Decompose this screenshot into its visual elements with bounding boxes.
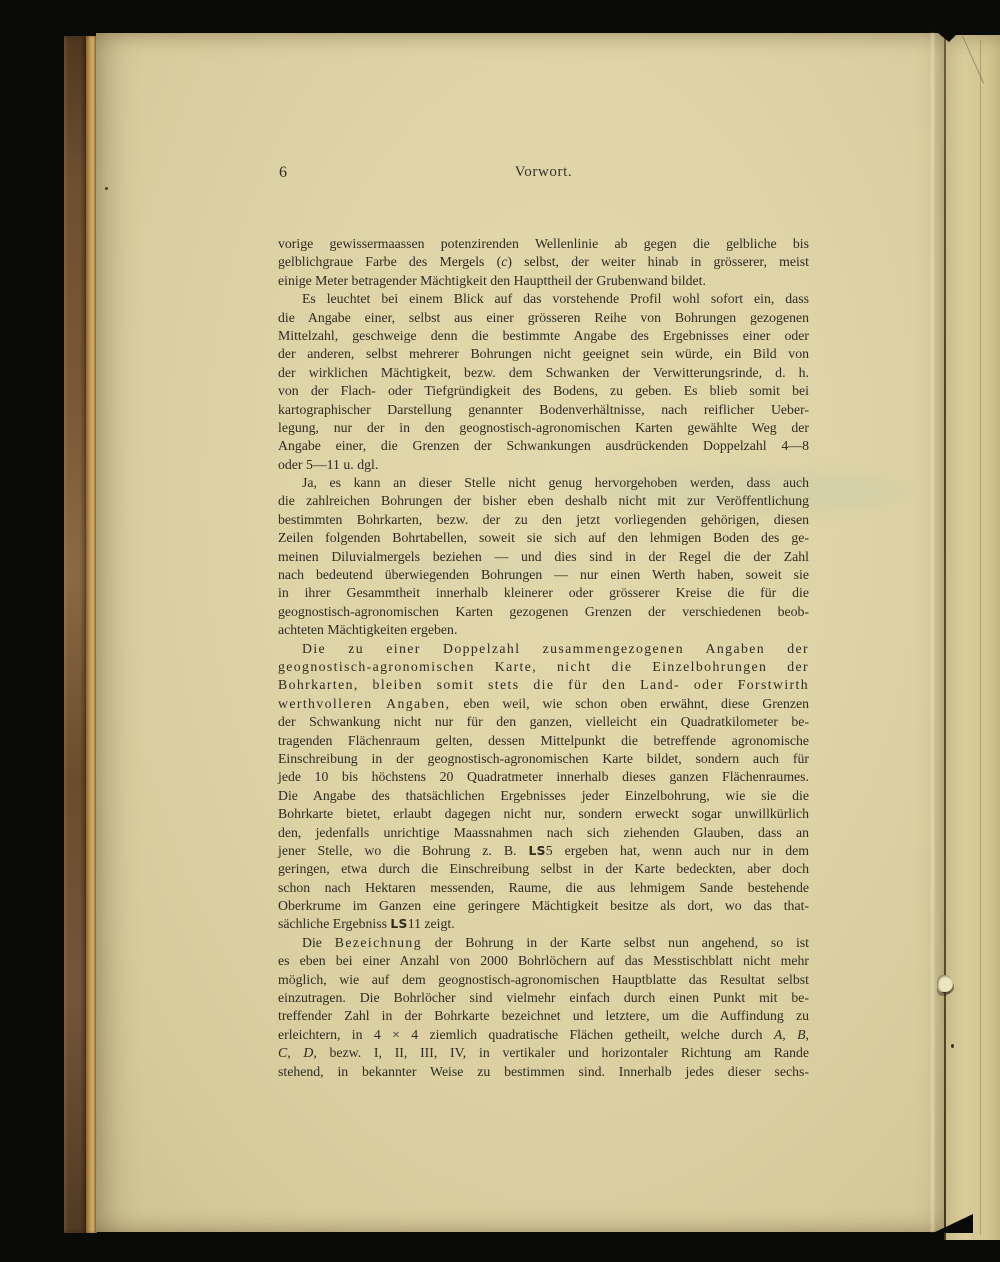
text-line: stehend, in bekannter Weise zu bestimmen… xyxy=(278,1063,809,1081)
text-line: geognostisch-agronomischen Karte, nicht … xyxy=(278,658,809,676)
running-header-title: Vorwort. xyxy=(278,164,809,181)
text-segment: nach bedeutend überwiegenden Bohrungen —… xyxy=(278,567,809,582)
text-line: sächliche Ergebniss LS11 zeigt. xyxy=(278,915,809,933)
text-line: werthvolleren Angaben, eben weil, wie sc… xyxy=(278,695,809,713)
text-segment: , xyxy=(806,1027,809,1042)
text-segment: tragenden Flächenraum gelten, dessen Mit… xyxy=(278,733,809,748)
text-line: es eben bei einer Anzahl von 2000 Bohrlö… xyxy=(278,952,809,970)
text-line: geognostisch-agronomischen Karten gezoge… xyxy=(278,603,809,621)
text-segment: geognostisch-agronomischen Karten gezoge… xyxy=(278,604,809,619)
text-line: legung, nur der in den geognostisch-agro… xyxy=(278,419,809,437)
text-segment: treffender Zahl in der Bohrkarte bezeich… xyxy=(278,1008,809,1023)
text-line: der Schwankung nicht nur für den ganzen,… xyxy=(278,713,809,731)
text-line: tragenden Flächenraum gelten, dessen Mit… xyxy=(278,732,809,750)
next-page-edge xyxy=(946,35,1000,1240)
text-segment: gelblichgraue Farbe des Mergels ( xyxy=(278,254,501,269)
page-edge-line xyxy=(944,33,946,1240)
text-line: Zeilen folgenden Bohrtabellen, soweit si… xyxy=(278,529,809,547)
text-line: Ja, es kann an dieser Stelle nicht genug… xyxy=(278,474,809,492)
text-segment: Bohrkarte bietet, erlaubt dagegen nicht … xyxy=(278,806,809,821)
text-segment: Die Angabe des thatsächlichen Ergebnisse… xyxy=(278,788,809,803)
text-segment: legung, nur der in den geognostisch-agro… xyxy=(278,420,809,435)
text-segment: Einschreibung in der geognostisch-agrono… xyxy=(278,751,809,766)
text-segment: einige Meter betragender Mächtigkeit den… xyxy=(278,273,706,288)
text-line: Die Bezeichnung der Bohrung in der Karte… xyxy=(278,934,809,952)
text-segment: bestimmten Bohrkarten, bezw. der zu den … xyxy=(278,512,809,527)
text-line: Die Angabe des thatsächlichen Ergebnisse… xyxy=(278,787,809,805)
text-segment: Ja, es kann an dieser Stelle nicht genug… xyxy=(302,475,809,490)
text-line: kartographischer Darstellung genannter B… xyxy=(278,401,809,419)
text-line: die zahlreichen Bohrungen der bisher ebe… xyxy=(278,492,809,510)
text-line: einige Meter betragender Mächtigkeit den… xyxy=(278,272,809,290)
text-line: der anderen, selbst mehrerer Bohrungen n… xyxy=(278,345,809,363)
text-segment: von der Flach- oder Tiefgründigkeit des … xyxy=(278,383,809,398)
text-segment: jede 10 bis höchstens 20 Quadratmeter in… xyxy=(278,769,809,784)
edge-bottom-slope xyxy=(946,1240,1000,1250)
paper-speck xyxy=(105,187,108,190)
text-segment: Mittelzahl, geschweige denn die bestimmt… xyxy=(278,328,809,343)
text-segment: eben weil, wie schon oben erwähnt, diese… xyxy=(450,696,809,711)
paper-speck xyxy=(951,1044,954,1048)
text-line: vorige gewissermaassen potenzirenden Wel… xyxy=(278,235,809,253)
text-line: erleichtern, in 4 × 4 ziemlich quadratis… xyxy=(278,1026,809,1044)
text-segment: Angabe einer, die Grenzen der Schwankung… xyxy=(278,438,809,453)
text-segment: jener Stelle, wo die Bohrung z. B. xyxy=(278,843,528,858)
text-line: meinen Diluvialmergels beziehen — und di… xyxy=(278,548,809,566)
text-line: Die zu einer Doppelzahl zusammengezogene… xyxy=(278,640,809,658)
text-line: die Angabe einer, selbst aus einer gröss… xyxy=(278,309,809,327)
text-line: geringen, etwa durch die Einschreibung s… xyxy=(278,860,809,878)
text-segment: LS xyxy=(390,917,407,931)
text-segment: der anderen, selbst mehrerer Bohrungen n… xyxy=(278,346,809,361)
book-spine-leather xyxy=(64,36,87,1233)
text-segment: , xyxy=(782,1027,797,1042)
text-segment: möglich, wie auf dem geognostisch-agrono… xyxy=(278,972,809,987)
text-line: Es leuchtet bei einem Blick auf das vors… xyxy=(278,290,809,308)
text-segment: in ihrer Gesammtheit innerhalb kleinerer… xyxy=(278,585,809,600)
text-line: in ihrer Gesammtheit innerhalb kleinerer… xyxy=(278,584,809,602)
text-line: Angabe einer, die Grenzen der Schwankung… xyxy=(278,437,809,455)
text-line: bestimmten Bohrkarten, bezw. der zu den … xyxy=(278,511,809,529)
text-segment: geognostisch-agronomischen Karte, nicht … xyxy=(278,659,809,674)
text-line: jede 10 bis höchstens 20 Quadratmeter in… xyxy=(278,768,809,786)
text-line: jener Stelle, wo die Bohrung z. B. LS5 e… xyxy=(278,842,809,860)
page-edge-blemish xyxy=(937,975,953,992)
text-segment: Oberkrume im Ganzen eine geringere Mächt… xyxy=(278,898,809,913)
text-segment: ) selbst, der weiter hinab in grösserer,… xyxy=(507,254,809,269)
scanned-book-photo: 6 Vorwort. vorige gewissermaassen potenz… xyxy=(0,0,1000,1262)
text-segment: oder 5—11 u. dgl. xyxy=(278,457,378,472)
text-line: Bohrkarte bietet, erlaubt dagegen nicht … xyxy=(278,805,809,823)
page-number: 6 xyxy=(279,164,288,182)
text-segment: Bohrkarten, bleiben somit stets die für … xyxy=(278,677,809,692)
text-segment: D xyxy=(303,1045,313,1060)
text-segment: schon nach Hektaren messenden, Raume, di… xyxy=(278,880,809,895)
text-segment: 11 zeigt. xyxy=(408,916,455,931)
text-segment: es eben bei einer Anzahl von 2000 Bohrlö… xyxy=(278,953,809,968)
text-segment: der wirklichen Mächtigkeit, bezw. dem Sc… xyxy=(278,365,809,380)
page-content: 6 Vorwort. vorige gewissermaassen potenz… xyxy=(278,164,809,202)
text-segment: , xyxy=(287,1045,303,1060)
text-line: möglich, wie auf dem geognostisch-agrono… xyxy=(278,971,809,989)
text-segment: stehend, in bekannter Weise zu bestimmen… xyxy=(278,1064,809,1079)
text-segment: die zahlreichen Bohrungen der bisher ebe… xyxy=(278,493,809,508)
text-line: schon nach Hektaren messenden, Raume, di… xyxy=(278,879,809,897)
text-segment: Die xyxy=(302,935,335,950)
text-segment: B xyxy=(797,1027,805,1042)
text-segment: C xyxy=(278,1045,287,1060)
text-segment: den, jedenfalls unrichtige Maassnahmen n… xyxy=(278,825,809,840)
text-segment: geringen, etwa durch die Einschreibung s… xyxy=(278,861,809,876)
text-segment: der Bohrung in der Karte selbst nun ange… xyxy=(422,935,809,950)
text-segment: der Schwankung nicht nur für den ganzen,… xyxy=(278,714,809,729)
text-line: Bohrkarten, bleiben somit stets die für … xyxy=(278,676,809,694)
page-edge-inner-line xyxy=(980,40,981,1235)
text-line: der wirklichen Mächtigkeit, bezw. dem Sc… xyxy=(278,364,809,382)
text-segment: erleichtern, in 4 × 4 ziemlich quadratis… xyxy=(278,1027,774,1042)
text-line: Mittelzahl, geschweige denn die bestimmt… xyxy=(278,327,809,345)
text-segment: LS xyxy=(528,844,545,858)
page-curl-highlight xyxy=(931,33,934,1232)
text-segment: Es leuchtet bei einem Blick auf das vors… xyxy=(302,291,809,306)
text-segment: vorige gewissermaassen potenzirenden Wel… xyxy=(278,236,809,251)
text-segment: meinen Diluvialmergels beziehen — und di… xyxy=(278,549,809,564)
body-text: vorige gewissermaassen potenzirenden Wel… xyxy=(278,235,809,1081)
text-segment: die Angabe einer, selbst aus einer gröss… xyxy=(278,310,809,325)
text-line: den, jedenfalls unrichtige Maassnahmen n… xyxy=(278,824,809,842)
text-line: gelblichgraue Farbe des Mergels (c) selb… xyxy=(278,253,809,271)
text-segment: kartographischer Darstellung genannter B… xyxy=(278,402,809,417)
text-line: C, D, bezw. I, II, III, IV, in vertikale… xyxy=(278,1044,809,1062)
text-segment: , bezw. I, II, III, IV, in vertikaler un… xyxy=(313,1045,809,1060)
text-line: von der Flach- oder Tiefgründigkeit des … xyxy=(278,382,809,400)
text-line: Einschreibung in der geognostisch-agrono… xyxy=(278,750,809,768)
text-line: nach bedeutend überwiegenden Bohrungen —… xyxy=(278,566,809,584)
book-page: 6 Vorwort. vorige gewissermaassen potenz… xyxy=(96,33,945,1232)
text-segment: einzutragen. Die Bohrlöcher sind vielmeh… xyxy=(278,990,809,1005)
text-line: treffender Zahl in der Bohrkarte bezeich… xyxy=(278,1007,809,1025)
text-segment: 5 ergeben hat, wenn auch nur in dem xyxy=(546,843,809,858)
text-segment: Die zu einer Doppelzahl zusammengezogene… xyxy=(302,641,809,656)
text-segment: sächliche Ergebniss xyxy=(278,916,390,931)
text-line: einzutragen. Die Bohrlöcher sind vielmeh… xyxy=(278,989,809,1007)
text-line: achteten Mächtigkeiten ergeben. xyxy=(278,621,809,639)
text-line: Oberkrume im Ganzen eine geringere Mächt… xyxy=(278,897,809,915)
screenshot-root: { "colors": { "background": "#0a0a09", "… xyxy=(0,0,1000,1262)
running-head: 6 Vorwort. xyxy=(278,164,809,184)
text-segment: Zeilen folgenden Bohrtabellen, soweit si… xyxy=(278,530,809,545)
text-segment: werthvolleren Angaben, xyxy=(278,696,450,711)
text-segment: Bezeichnung xyxy=(335,935,422,950)
text-segment: achteten Mächtigkeiten ergeben. xyxy=(278,622,457,637)
text-line: oder 5—11 u. dgl. xyxy=(278,456,809,474)
